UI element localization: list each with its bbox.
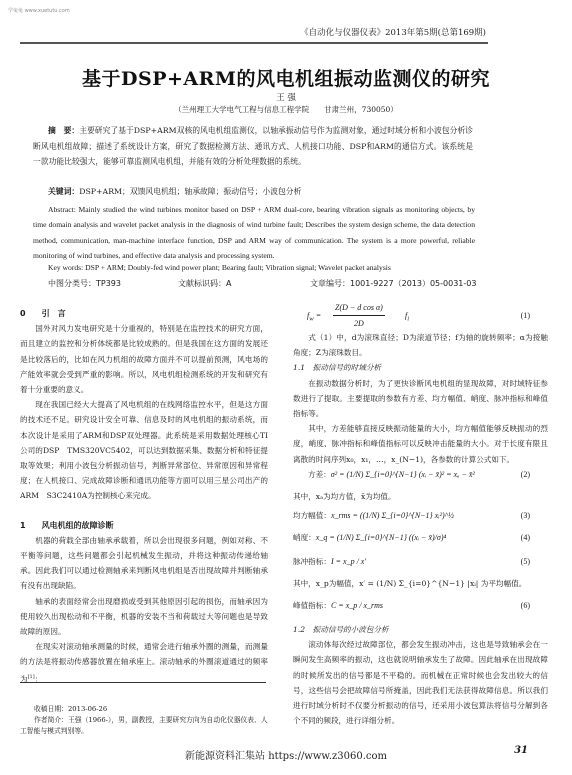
keywords-en: Key words: DSP + ARM; Doubly-fed wind po… bbox=[48, 263, 391, 272]
article-author: 王 强 bbox=[0, 91, 572, 103]
eq1-lhs-sub: w bbox=[309, 316, 313, 323]
keywords-cn: 关键词：DSP+ARM；双馈风电机组；轴承故障；振动信号；小波包分析 bbox=[48, 186, 301, 197]
keywords-cn-label: 关键词： bbox=[48, 187, 79, 196]
eq5-formula: I = x_p / x′ bbox=[331, 557, 366, 566]
left-column: 0 引 言 国外对风力发电研究是十分重视的，特别是在监控技术的研究方面，而且建立… bbox=[20, 306, 268, 686]
eq2-number: (2) bbox=[521, 467, 530, 482]
equation-6: 峰值指标：C = x_p / x_rms (6) bbox=[293, 598, 548, 622]
equation-2: 方差：σ² = (1/N) Σ_{i=0}^{N−1} (xᵢ − x̄)² =… bbox=[293, 467, 548, 489]
section-1-1-heading: 1.1 振动信号的时域分析 bbox=[293, 360, 548, 375]
right-column: fw = Z(D − d cos α) 2D fi (1) 式（1）中，d为滚珠… bbox=[293, 300, 548, 728]
section-1-para-3: 在现实对滚动轴承测量的时候，通常会进行轴承外圈的测量，而测量的方法是将振动传感器… bbox=[20, 639, 268, 686]
section-1-para-2: 轴承的表面经常会出现磨损或受到其他原因引起的损伤，而轴承因为使用较久出现松动和不… bbox=[20, 594, 268, 640]
eq6-formula: C = x_p / x_rms bbox=[331, 601, 383, 610]
eq1-numerator: Z(D − d cos α) bbox=[333, 300, 385, 316]
section-1-para-3-text: 在现实对滚动轴承测量的时候，通常会进行轴承外圈的测量，而测量的方法是将振动传感器… bbox=[20, 642, 268, 683]
abstract-cn: 摘 要：主要研究了基于DSP+ARM双核的风电机组监测仪，以轴承振动信号作为监测… bbox=[33, 123, 473, 170]
section-1-1-para-2: 其中，方差能够直接反映振动能量的大小，均方幅值能够反映振动的烈度，峭度、脉冲指标… bbox=[293, 421, 548, 467]
abstract-cn-label: 摘 要： bbox=[48, 126, 79, 135]
article-affiliation: （兰州理工大学电气工程与信息工程学院 甘肃兰州，730050） bbox=[0, 104, 572, 115]
equation-4: 峭度：x_q = (1/N) Σ_{i=0}^{N−1} ((xᵢ − x̄)/… bbox=[293, 530, 548, 554]
keywords-en-text: DSP + ARM; Doubly-fed wind power plant; … bbox=[85, 263, 391, 272]
equation-3: 均方幅值：x_rms = ((1/N) Σ_{i=0}^{N−1} xᵢ²)^½… bbox=[293, 508, 548, 530]
eq3-number: (3) bbox=[521, 508, 530, 523]
eq3-label: 均方幅值： bbox=[293, 511, 331, 520]
keywords-en-label: Key words: bbox=[48, 263, 83, 272]
section-1-para-1: 机器的荷载全部由轴承承载着，所以会出现很多问题，例如对称、不平衡等问题，这些问题… bbox=[20, 533, 268, 594]
eq2-label: 方差： bbox=[308, 470, 331, 479]
journal-header: 《自动化与仪器仪表》2013年第5期(总第169期) bbox=[300, 26, 486, 38]
citation-ref[interactable]: [1] bbox=[28, 674, 35, 680]
watermark-top: 学兔兔 www.xuetutu.com bbox=[8, 7, 70, 14]
eq3-formula: x_rms = ((1/N) Σ_{i=0}^{N−1} xᵢ²)^½ bbox=[331, 511, 454, 520]
header-divider bbox=[20, 42, 488, 44]
section-1-heading: 1 风电机组的故障诊断 bbox=[20, 518, 268, 533]
document-code: 文献标识码：A bbox=[178, 278, 231, 289]
section-1-1-para-1: 在振动数据分析时，为了更快诊断风电机组的显现故障，对时域特征参数进行了提取。主要… bbox=[293, 376, 548, 422]
clc-number: 中图分类号：TP393 bbox=[48, 278, 121, 289]
footnote-divider bbox=[20, 682, 266, 683]
eq2-formula: σ² = (1/N) Σ_{i=0}^{N−1} (xᵢ − x̄)² = xₐ… bbox=[331, 470, 475, 479]
eq5-label: 脉冲指标： bbox=[293, 557, 331, 566]
watermark-bottom: 新能源资料汇集站 https://www.z3060.com bbox=[0, 747, 572, 762]
eq1-description: 式（1）中，d为滚珠直径；D为滚道节径；f为轴的旋转频率；α为接触角度；Z为滚珠… bbox=[293, 330, 548, 360]
keywords-cn-text: DSP+ARM；双馈风电机组；轴承故障；振动信号；小波包分析 bbox=[79, 187, 301, 196]
section-0-para-2: 现在我国已经大大提高了风电机组的在线网络监控水平，但是这方面的技术还不足。研究设… bbox=[20, 397, 268, 503]
abstract-en: Abstract: Mainly studied the wind turbin… bbox=[33, 202, 475, 263]
eq2-description: 其中，xₐ为均方值，x̄为均值。 bbox=[293, 489, 548, 504]
equation-5: 脉冲指标：I = x_p / x′ (5) bbox=[293, 554, 548, 576]
section-1-2-heading: 1.2 振动信号的小波包分析 bbox=[293, 622, 548, 637]
article-title: 基于DSP+ARM的风电机组振动监测仪的研究 bbox=[0, 64, 572, 91]
eq1-tail-sub: i bbox=[407, 316, 409, 323]
eq1-number: (1) bbox=[521, 308, 530, 323]
eq4-number: (4) bbox=[521, 530, 530, 545]
footnote: 收稿日期：2013-06-26 作者简介：王强（1966-），男，副教授，主要研… bbox=[20, 704, 270, 737]
eq4-formula: x_q = (1/N) Σ_{i=0}^{N−1} ((xᵢ − x̄)/σ)⁴ bbox=[316, 533, 447, 542]
eq6-number: (6) bbox=[521, 598, 530, 613]
eq1-denominator: 2D bbox=[333, 316, 385, 331]
eq5-description: 其中，x_p为幅值，x′ = (1/N) Σ_{i=0}^{N−1} |xᵢ| … bbox=[293, 576, 548, 598]
equation-1: fw = Z(D − d cos α) 2D fi (1) bbox=[293, 300, 548, 330]
article-number: 文章编号：1001-9227（2013）05-0031-03 bbox=[310, 278, 476, 289]
section-0-heading: 0 引 言 bbox=[20, 306, 268, 321]
abstract-en-label: Abstract: bbox=[48, 205, 76, 214]
eq6-label: 峰值指标： bbox=[293, 601, 331, 610]
eq5-number: (5) bbox=[521, 554, 530, 569]
section-1-2-para-1: 滚动体每次经过故障部位，都会发生振动冲击，这也是导致轴承会在一瞬间发生高频率的振… bbox=[293, 637, 548, 728]
abstract-cn-text: 主要研究了基于DSP+ARM双核的风电机组监测仪，以轴承振动信号作为监测对象，通… bbox=[33, 126, 473, 166]
section-0-para-1: 国外对风力发电研究是十分重视的，特别是在监控技术的研究方面，而且建立的监控和分析… bbox=[20, 321, 268, 397]
received-date: 收稿日期：2013-06-26 bbox=[20, 704, 270, 715]
abstract-en-text: Mainly studied the wind turbines monitor… bbox=[33, 205, 475, 260]
author-bio: 作者简介：王强（1966-），男，副教授，主要研究方向为自动化仪器仪表、人工智能… bbox=[20, 715, 270, 737]
eq4-label: 峭度： bbox=[293, 533, 316, 542]
